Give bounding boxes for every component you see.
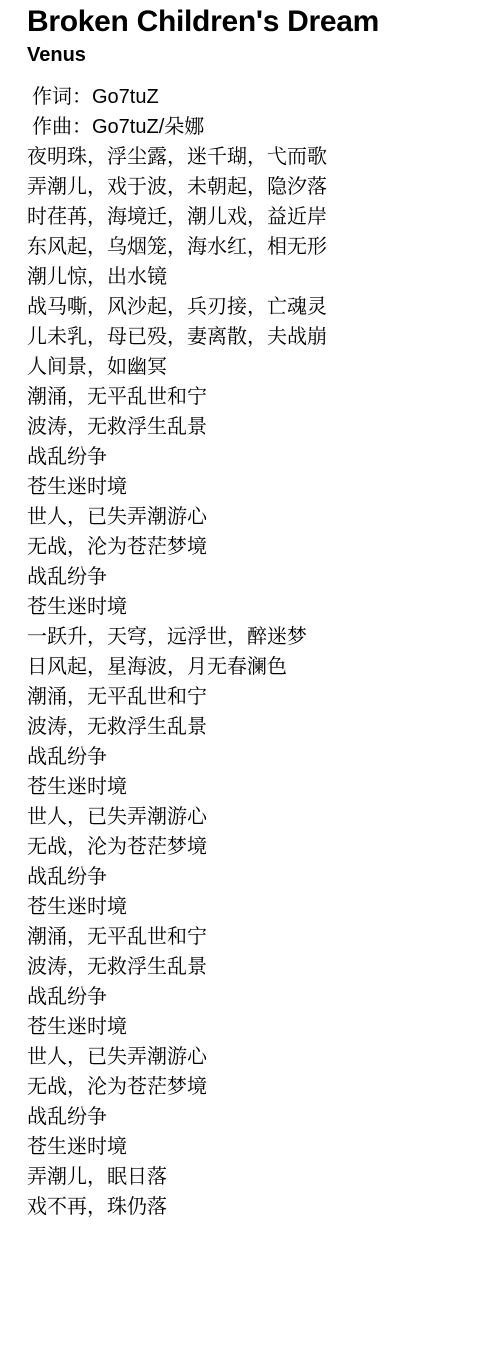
- lyric-line: 战乱纷争: [27, 862, 490, 892]
- lyric-line: 无战，沦为苍茫梦境: [27, 1072, 490, 1102]
- lyric-line: 苍生迷时境: [27, 472, 490, 502]
- lyric-line: 战乱纷争: [27, 982, 490, 1012]
- credit-line: 作词：Go7tuZ: [27, 82, 490, 112]
- lyric-line: 戏不再，珠仍落: [27, 1192, 490, 1222]
- lyric-line: 弄潮儿，戏于波，未朝起，隐汐落: [27, 172, 490, 202]
- lyric-line: 波涛，无救浮生乱景: [27, 712, 490, 742]
- lyric-line: 苍生迷时境: [27, 1012, 490, 1042]
- lyric-line: 东风起，乌烟笼，海水红，相无形: [27, 232, 490, 262]
- lyric-line: 潮儿惊，出水镜: [27, 262, 490, 292]
- lyric-line: 战乱纷争: [27, 442, 490, 472]
- lyric-line: 夜明珠，浮尘露，迷千瑚，弋而歌: [27, 142, 490, 172]
- lyric-line: 苍生迷时境: [27, 1132, 490, 1162]
- page-title: Broken Children's Dream: [27, 2, 490, 42]
- lyric-line: 弄潮儿，眠日落: [27, 1162, 490, 1192]
- lyric-line: 战乱纷争: [27, 742, 490, 772]
- lyric-line: 时荏苒，海境迁，潮儿戏，益近岸: [27, 202, 490, 232]
- lyric-line: 波涛，无救浮生乱景: [27, 952, 490, 982]
- lyric-line: 战马嘶，风沙起，兵刃接，亡魂灵: [27, 292, 490, 322]
- lyric-line: 人间景，如幽冥: [27, 352, 490, 382]
- lyric-line: 世人，已失弄潮游心: [27, 502, 490, 532]
- lyric-line: 一跃升，天穹，远浮世，醉迷梦: [27, 622, 490, 652]
- lyric-line: 苍生迷时境: [27, 772, 490, 802]
- credits-block: 作词：Go7tuZ 作曲：Go7tuZ/朵娜: [27, 82, 490, 142]
- lyric-line: 战乱纷争: [27, 1102, 490, 1132]
- lyric-line: 无战，沦为苍茫梦境: [27, 532, 490, 562]
- lyric-line: 潮涌，无平乱世和宁: [27, 682, 490, 712]
- lyric-line: 日风起，星海波，月无春澜色: [27, 652, 490, 682]
- lyric-line: 苍生迷时境: [27, 592, 490, 622]
- lyric-line: 无战，沦为苍茫梦境: [27, 832, 490, 862]
- artist-name: Venus: [27, 42, 490, 68]
- lyric-line: 世人，已失弄潮游心: [27, 1042, 490, 1072]
- lyric-line: 儿未乳，母已殁，妻离散，夫战崩: [27, 322, 490, 352]
- lyric-line: 潮涌，无平乱世和宁: [27, 922, 490, 952]
- lyrics-block: 夜明珠，浮尘露，迷千瑚，弋而歌 弄潮儿，戏于波，未朝起，隐汐落 时荏苒，海境迁，…: [27, 142, 490, 1222]
- credit-line: 作曲：Go7tuZ/朵娜: [27, 112, 490, 142]
- lyrics-page: Broken Children's Dream Venus 作词：Go7tuZ …: [0, 0, 500, 1222]
- lyric-line: 波涛，无救浮生乱景: [27, 412, 490, 442]
- lyric-line: 潮涌，无平乱世和宁: [27, 382, 490, 412]
- lyric-line: 苍生迷时境: [27, 892, 490, 922]
- lyric-line: 战乱纷争: [27, 562, 490, 592]
- lyric-line: 世人，已失弄潮游心: [27, 802, 490, 832]
